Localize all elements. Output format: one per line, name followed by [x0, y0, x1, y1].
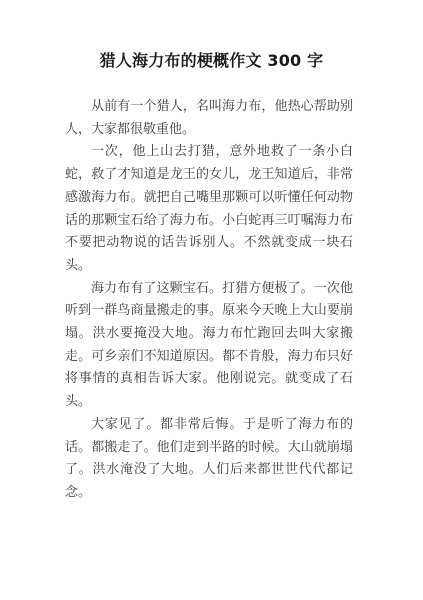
essay-title: 猎人海力布的梗概作文 300 字: [0, 50, 423, 72]
document-page: 猎人海力布的梗概作文 300 字 从前有一个猎人，名叫海力布，他热心帮助别人，大…: [0, 0, 423, 600]
paragraph-2: 一次，他上山去打猎，意外地救了一条小白蛇，救了才知道是龙王的女儿，龙王知道后，非…: [65, 141, 353, 277]
essay-body: 从前有一个猎人，名叫海力布，他热心帮助别人，大家都很敬重他。 一次，他上山去打猎…: [65, 96, 353, 505]
paragraph-3: 海力布有了这颗宝石。打猎方便极了。一次他听到一群鸟商量搬走的事。原来今天晚上大山…: [65, 278, 353, 414]
paragraph-4: 大家见了。都非常后悔。于是听了海力布的话。都搬走了。他们走到半路的时候。大山就崩…: [65, 414, 353, 505]
paragraph-1: 从前有一个猎人，名叫海力布，他热心帮助别人，大家都很敬重他。: [65, 96, 353, 141]
